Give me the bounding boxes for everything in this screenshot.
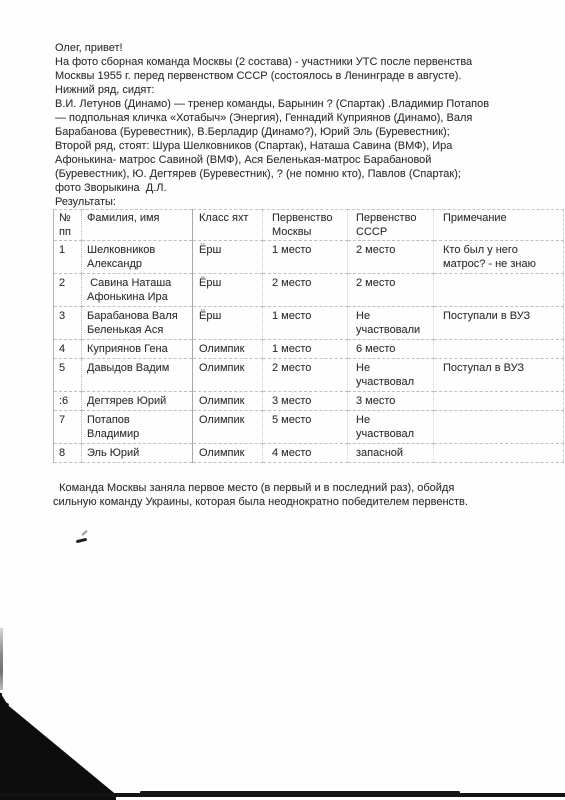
letter-line: Второй ряд, стоят: Шура Шелковников (Спа…: [55, 139, 530, 153]
cell-note: [434, 274, 564, 307]
ink-mark-squiggle: [76, 538, 87, 544]
cell-ussr: 2 место: [348, 274, 434, 307]
cell-class: Олимпик: [193, 392, 263, 411]
cell-moscow: 2 место: [263, 274, 348, 307]
cell-class: Ёрш: [193, 307, 263, 340]
ink-mark-tick: [81, 530, 88, 536]
cell-ussr: запасной: [348, 444, 434, 463]
cell-num: 8: [54, 444, 82, 463]
cell-num: 1: [54, 241, 82, 274]
header-num: № пп: [54, 210, 82, 241]
cell-note: [434, 444, 564, 463]
cell-name: Савина Наташа Афонькина Ира: [82, 274, 193, 307]
table-row: 5 Давыдов Вадим Олимпик 2 место Не участ…: [54, 359, 564, 392]
header-yacht-class: Класс яхт: [193, 210, 263, 241]
letter-line: Олег, привет!: [55, 41, 530, 55]
table-row: 2 Савина Наташа Афонькина Ира Ёрш 2 мест…: [54, 274, 564, 307]
cell-ussr: 2 место: [348, 241, 434, 274]
table-row: 4 Куприянов Гена Олимпик 1 место 6 место: [54, 340, 564, 359]
scanner-edge-smudge: [0, 628, 3, 690]
cell-class: Олимпик: [193, 359, 263, 392]
table-row: 3 Барабанова Валя Беленькая Ася Ёрш 1 ме…: [54, 307, 564, 340]
letter-line: Барабанова (Буревестник), В.Берладир (Ди…: [55, 125, 530, 139]
cell-note: [434, 340, 564, 359]
cell-note: Поступали в ВУЗ: [434, 307, 564, 340]
table-row: 8 Эль Юрий Олимпик 4 место запасной: [54, 444, 564, 463]
letter-line: На фото сборная команда Москвы (2 состав…: [55, 55, 530, 69]
results-table: № пп Фамилия, имя Класс яхт Первенство М…: [53, 209, 564, 463]
letter-body: Олег, привет! На фото сборная команда Мо…: [55, 41, 530, 509]
cell-class: Олимпик: [193, 340, 263, 359]
cell-class: Олимпик: [193, 444, 263, 463]
cell-num: 7: [54, 411, 82, 444]
cell-moscow: 1 место: [263, 241, 348, 274]
letter-line: В.И. Летунов (Динамо) — тренер команды, …: [55, 97, 530, 111]
closing-line: сильную команду Украины, которая была не…: [53, 495, 530, 509]
header-note: Примечание: [434, 210, 564, 241]
results-table-header: № пп Фамилия, имя Класс яхт Первенство М…: [54, 210, 564, 241]
header-row: № пп Фамилия, имя Класс яхт Первенство М…: [54, 210, 564, 241]
cell-num: 3: [54, 307, 82, 340]
cell-class: Ёрш: [193, 274, 263, 307]
cell-note: [434, 411, 564, 444]
cell-name: Куприянов Гена: [82, 340, 193, 359]
letter-line: Москвы 1955 г. перед первенством СССР (с…: [55, 69, 530, 83]
cell-moscow: 4 место: [263, 444, 348, 463]
header-moscow: Первенство Москвы: [263, 210, 348, 241]
closing-paragraph: Команда Москвы заняла первое место (в пе…: [53, 481, 530, 509]
letter-line: Нижний ряд, сидят:: [55, 83, 530, 97]
scan-shadow-wedge: [0, 690, 116, 800]
results-label: Результаты:: [55, 195, 530, 209]
letter-line: — подпольная кличка «Хотабыч» (Энергия),…: [55, 111, 530, 125]
table-row: 7 Потапов Владимир Олимпик 5 место Не уч…: [54, 411, 564, 444]
table-row: 1 Шелковников Александр Ёрш 1 место 2 ме…: [54, 241, 564, 274]
cell-ussr: Не участвовал: [348, 411, 434, 444]
cell-ussr: 3 место: [348, 392, 434, 411]
cell-note: Кто был у него матрос? - не знаю: [434, 241, 564, 274]
letter-line: (Буревестник), Ю. Дегтярев (Буревестник)…: [55, 167, 530, 181]
header-ussr: Первенство СССР: [348, 210, 434, 241]
cell-moscow: 1 место: [263, 340, 348, 359]
cell-class: Олимпик: [193, 411, 263, 444]
cell-moscow: 3 место: [263, 392, 348, 411]
closing-line: Команда Москвы заняла первое место (в пе…: [53, 481, 530, 495]
cell-name: Потапов Владимир: [82, 411, 193, 444]
cell-class: Ёрш: [193, 241, 263, 274]
cell-name: Барабанова Валя Беленькая Ася: [82, 307, 193, 340]
cell-ussr: Не участвовал: [348, 359, 434, 392]
cell-num: 2: [54, 274, 82, 307]
cell-num: 5: [54, 359, 82, 392]
cell-name: Давыдов Вадим: [82, 359, 193, 392]
cell-note: [434, 392, 564, 411]
cell-ussr: 6 место: [348, 340, 434, 359]
cell-name: Эль Юрий: [82, 444, 193, 463]
header-name: Фамилия, имя: [82, 210, 193, 241]
table-row: :6 Дегтярев Юрий Олимпик 3 место 3 место: [54, 392, 564, 411]
scan-bottom-edge-line: [140, 791, 460, 794]
cell-note: Поступал в ВУЗ: [434, 359, 564, 392]
scanned-letter-page: Олег, привет! На фото сборная команда Мо…: [0, 0, 565, 800]
cell-moscow: 1 место: [263, 307, 348, 340]
cell-num: 4: [54, 340, 82, 359]
cell-name: Шелковников Александр: [82, 241, 193, 274]
cell-ussr: Не участвовали: [348, 307, 434, 340]
cell-num: :6: [54, 392, 82, 411]
letter-line: Афонькина- матрос Савиной (ВМФ), Ася Бел…: [55, 153, 530, 167]
cell-moscow: 2 место: [263, 359, 348, 392]
letter-line: фото Зворыкина Д.Л.: [55, 181, 530, 195]
cell-moscow: 5 место: [263, 411, 348, 444]
cell-name: Дегтярев Юрий: [82, 392, 193, 411]
